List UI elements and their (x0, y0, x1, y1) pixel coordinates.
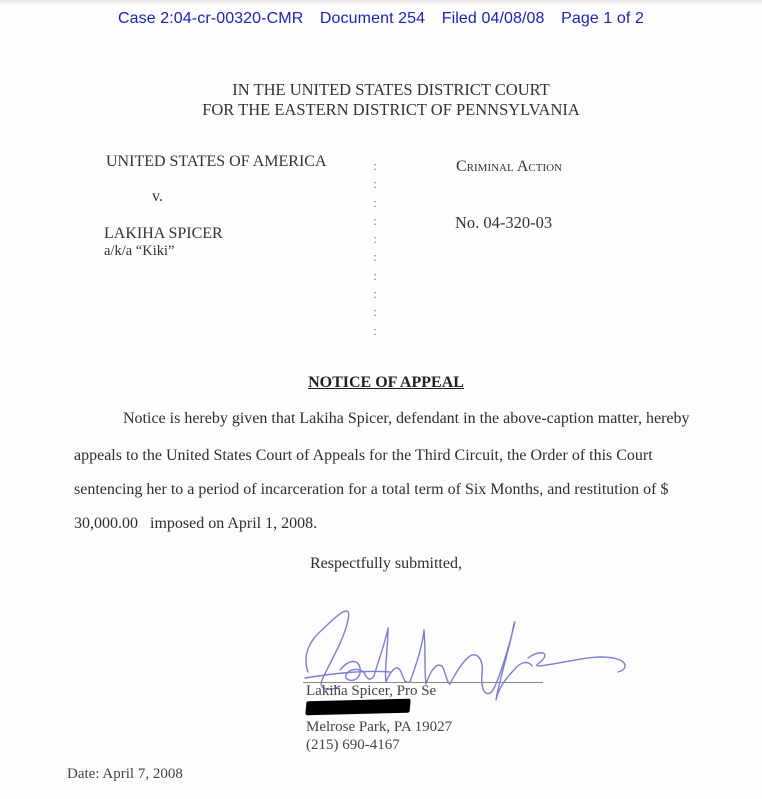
signer-name: Lakiha Spicer, Pro Se (306, 683, 436, 700)
separator-colon: : (373, 285, 377, 303)
page-count-stamp: Page 1 of 2 (561, 10, 644, 27)
defendant-name: LAKIHA SPICER (104, 225, 223, 243)
ecf-header-stamp: Case 2:04-cr-00320-CMR Document 254 File… (0, 10, 762, 28)
filed-date-stamp: Filed 04/08/08 (442, 10, 545, 27)
body-line-4: 30,000.00 imposed on April 1, 2008. (74, 515, 317, 533)
body-line-3: sentencing her to a period of incarcerat… (74, 481, 669, 499)
separator-colon: : (373, 212, 377, 230)
separator-colon: : (373, 157, 377, 175)
versus-label: v. (152, 188, 163, 206)
document-number-stamp: Document 254 (320, 10, 425, 27)
viewer-top-shadow (0, 0, 762, 6)
defendant-alias: a/k/a “Kiki” (104, 243, 174, 260)
action-type: Criminal Action (456, 158, 562, 176)
redacted-street-address (305, 699, 410, 716)
phone-number: (215) 690-4167 (306, 737, 400, 754)
body-line-2: appeals to the United States Court of Ap… (74, 447, 653, 465)
city-state-zip: Melrose Park, PA 19027 (306, 719, 452, 736)
plaintiff-name: UNITED STATES OF AMERICA (106, 153, 327, 171)
criminal-case-number: No. 04-320-03 (455, 213, 552, 233)
closing-phrase: Respectfully submitted, (310, 555, 462, 573)
separator-colon: : (373, 175, 377, 193)
separator-colon: : (373, 322, 377, 340)
separator-colon: : (373, 303, 377, 321)
case-number-stamp: Case 2:04-cr-00320-CMR (118, 10, 303, 27)
separator-colon: : (373, 267, 377, 285)
court-name-line-1: IN THE UNITED STATES DISTRICT COURT (0, 80, 762, 100)
document-title: NOTICE OF APPEAL (0, 374, 762, 392)
document-date: Date: April 7, 2008 (67, 766, 183, 783)
separator-colon: : (373, 230, 377, 248)
court-name-line-2: FOR THE EASTERN DISTRICT OF PENNSYLVANIA (0, 100, 762, 120)
separator-colon: : (373, 194, 377, 212)
caption-separator-column: :::::::::: (370, 157, 380, 340)
separator-colon: : (373, 248, 377, 266)
body-line-1: Notice is hereby given that Lakiha Spice… (123, 410, 690, 428)
